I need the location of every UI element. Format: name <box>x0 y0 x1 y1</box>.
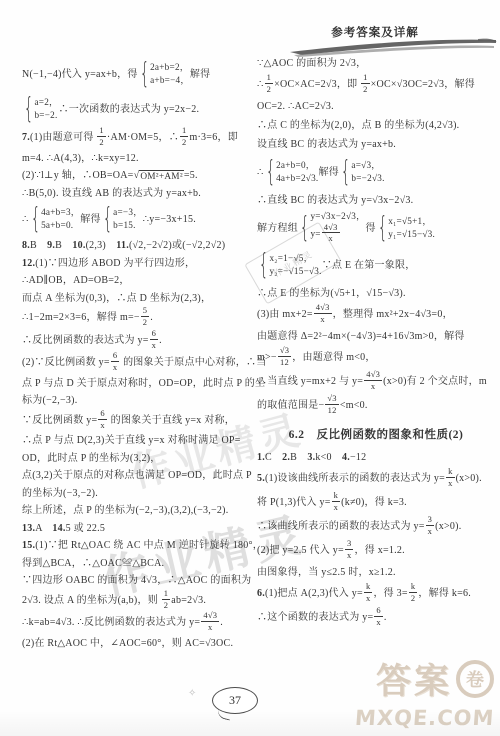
text-line: 15.(1)∵把 Rt△OAC 绕 AC 中点 M 逆时针旋转 180°， <box>22 537 254 555</box>
fraction: √312 <box>325 394 338 415</box>
text-line: ∴点 P 与点 D(2,3)关于直线 y=x 对称时满足 OP= <box>22 432 254 450</box>
text-line: 点(3,2)关于原点的对称点也满足 OP=OD，此时点 P <box>22 467 254 485</box>
equation-system: {2a+b=0，4a+b=2√3. <box>264 158 319 185</box>
text-line: 将 P(1,3)代入 y=kx(k≠0)，得 k=3. <box>257 491 495 515</box>
fraction: k2 <box>409 582 418 603</box>
problem-number: 13. <box>22 523 35 534</box>
text-line: OC=2. ∴AC=2√3. <box>257 97 495 116</box>
text-line: 解方程组{y=√3x−2√3，y=4√3x得{x₁=√5+1，y₁=√15−√3… <box>257 210 495 247</box>
fraction: kx <box>446 467 455 488</box>
brace-icon: { <box>341 158 351 186</box>
fraction: 12 <box>97 126 106 147</box>
text-line: ∴{2a+b=0，4a+b=2√3.解得{a=√3，b=−2√3. <box>257 154 495 191</box>
brace-icon: { <box>24 95 34 123</box>
fraction: 3x <box>426 515 435 536</box>
text-line: 13.A 14.5 或 22.5 <box>22 520 254 538</box>
text-line: 的取值范围是−√312<m<0. <box>257 394 495 418</box>
brace-icon: { <box>103 205 113 233</box>
text-line: (2)在 Rt△AOC 中，∠AOC=60°，则 AC=√3OC. <box>22 635 254 653</box>
fraction: 3x <box>345 539 354 560</box>
problem-number: 11. <box>116 240 129 251</box>
fraction: 4√3x <box>314 303 332 324</box>
fraction: kx <box>332 491 341 512</box>
problem-number: 8. <box>22 240 30 251</box>
brand-circle-logo-icon: 卷 <box>456 660 494 698</box>
brand-watermark: 答案 卷 MXQE.COM <box>355 654 494 730</box>
right-text-column: ∵△AOC 的面积为 2√3，∴12×OC×AC=2√3，即 12×OC×√3O… <box>257 54 495 630</box>
text-line: ∵反比例函数 y=6x 的图象关于直线 y=x 对称， <box>22 410 254 433</box>
text-line: m>−√312，由题意得 m<0， <box>257 346 495 370</box>
equation-system: {4a+b=3，5a+b=0. <box>29 205 81 232</box>
text-line: 得到△BCA，∴△OAC≌△BCA. <box>22 555 254 573</box>
text-line: OD，此时点 P 的坐标为(3,2)， <box>22 450 254 468</box>
problem-number: 2. <box>282 452 290 463</box>
page-bubble-decoration-icon: ✧ <box>188 688 196 699</box>
text-line: ∴k=ab=4√3. ∴反比例函数的表达式为 y=4√3x. <box>22 612 254 635</box>
text-line: ∴{4a+b=3，5a+b=0.解得{a=−3，b=15.∴y=−3x+15. <box>22 202 254 237</box>
square-root: √OM²+AM² <box>134 170 184 182</box>
text-line: ∴AD∥OB，AD=OB=2， <box>22 272 254 290</box>
text-line: 1.C 2.B 3.k<0 4.−12 <box>257 448 495 467</box>
text-line: ∴12×OC×AC=2√3，即 12×OC×√3OC=2√3，解得 <box>257 73 495 97</box>
text-line: 由题意得 Δ=2²−4m×(−4√3)=4+16√3m>0，解得 <box>257 327 495 346</box>
text-line: {x₂=1−√5，y₂=−√15−√3.∵点 E 在第一象限， <box>257 247 495 284</box>
left-text-column: N(−1,−4)代入 y=ax+b，得{2a+b=2，a+b=−4，解得{a=2… <box>22 57 254 652</box>
text-line: m=4. ∴A(4,3)，∴k=xy=12. <box>22 150 254 168</box>
fraction: 6x <box>111 351 120 372</box>
fraction: √312 <box>278 346 291 367</box>
brace-icon: { <box>378 214 388 242</box>
problem-number: 15. <box>22 540 35 551</box>
text-line: (2)∵l⊥y 轴，∴OB=OA=√OM²+AM²=5. <box>22 167 254 185</box>
fraction: 12 <box>361 73 370 94</box>
equation-system: {a=−3，b=15. <box>101 205 143 232</box>
text-line: ∴反比例函数的表达式为 y=6x. <box>22 330 254 353</box>
brace-icon: { <box>266 158 276 186</box>
equation-system: {x₂=1−√5，y₂=−√15−√3. <box>257 251 322 278</box>
problem-number: 4. <box>342 452 350 463</box>
text-line: 2√3. 设点 A 的坐标为(a,b)，则 12ab=2√3. <box>22 590 254 613</box>
text-line: ∵△AOC 的面积为 2√3， <box>257 54 495 73</box>
text-line: 5.(1)设该曲线所表示的函数的表达式为 y=kx(x>0). <box>257 467 495 491</box>
text-line: N(−1,−4)代入 y=ax+b，得{2a+b=2，a+b=−4，解得 <box>22 57 254 92</box>
fraction: 4√3x <box>201 611 219 632</box>
brace-icon: { <box>259 251 269 279</box>
text-line: 标为(−2,−3). <box>22 392 254 410</box>
text-line: 12.(1)∵四边形 ABOD 为平行四边形， <box>22 255 254 273</box>
problem-number: 6. <box>257 588 265 599</box>
problem-number: 1. <box>257 452 265 463</box>
fraction: 6x <box>150 329 159 350</box>
text-line: 而点 A 坐标为(0,3)，∴点 D 坐标为(2,3)， <box>22 290 254 308</box>
brand-website: MXQE.COM <box>354 706 495 730</box>
fraction: 4√3x <box>322 223 340 244</box>
text-line: ∴点 E 的坐标为(√5+1，√15−√3). <box>257 284 495 303</box>
problem-number: 10. <box>72 240 85 251</box>
text-line: ∴1−2m=2×3=6，解得 m=−52. <box>22 307 254 330</box>
problem-number: 9. <box>47 240 55 251</box>
fraction: 4√3x <box>364 370 382 391</box>
fraction: 52 <box>141 306 150 327</box>
problem-number: 3. <box>307 452 315 463</box>
problem-number: 7. <box>22 132 30 143</box>
fraction: 6x <box>374 606 383 627</box>
text-line: ∵四边形 OABC 的面积为 4√3，∴△AOC 的面积为 <box>22 572 254 590</box>
brand-characters: 答案 <box>376 654 452 704</box>
text-line: {a=2，b=−2.∴一次函数的表达式为 y=2x−2. <box>22 92 254 127</box>
brace-icon: { <box>140 60 150 88</box>
section-heading: 6.2 反比例函数的图象和性质(2) <box>257 422 495 448</box>
brace-icon: { <box>300 214 310 242</box>
equation-system: {x₁=√5+1，y₁=√15−√3. <box>376 214 435 241</box>
text-line: ∴当直线 y=mx+2 与 y=4√3x(x>0)有 2 个交点时，m <box>257 370 495 394</box>
text-line: (3)由 mx+2=4√3x，整理得 mx²+2x−4√3=0， <box>257 303 495 327</box>
problem-number: 14. <box>52 523 65 534</box>
text-line: 7.(1)由题意可得 12·AM·OM=5，∴12m·3=6，即 <box>22 127 254 150</box>
fraction: 12 <box>162 589 171 610</box>
text-line: 综上所述，点 P 的坐标为(−2,−3),(3,2),(−3,−2). <box>22 502 254 520</box>
fraction: 6x <box>98 409 107 430</box>
brand-circle-character: 卷 <box>466 666 484 692</box>
brace-icon: { <box>31 205 41 233</box>
answer-book-page: 参考答案及详解 作业精灵 作业精灵 作业精灵 N(−1,−4)代入 y=ax+b… <box>0 0 500 736</box>
equation-system: {a=√3，b=−2√3. <box>339 158 385 185</box>
text-line: ∴点 C 的坐标为(2,0)，点 B 的坐标为(4,2√3). <box>257 116 495 135</box>
equation-system: {2a+b=2，a+b=−4， <box>138 60 190 87</box>
page-number-bubble: 37 <box>212 687 258 714</box>
text-line: (2)∵反比例函数 y=6x 的图象关于原点中心对称，∴当 <box>22 352 254 375</box>
fraction: 12 <box>180 126 189 147</box>
text-line: ∴该曲线所表示的函数的表达式为 y=3x(x>0). <box>257 515 495 539</box>
text-line: ∴直线 BC 的表达式为 y=√3x−2√3. <box>257 191 495 210</box>
text-line: 8.B 9.B 10.(2,3) 11.(√2,−2√2)或(−√2,2√2) <box>22 237 254 255</box>
text-line: 6.(1)把点 A(2,3)代入 y=kx，得 3=k2，解得 k=6. <box>257 582 495 606</box>
text-line: ∴B(5,0). 设直线 AB 的表达式为 y=ax+b. <box>22 185 254 203</box>
fraction: 12 <box>265 73 274 94</box>
text-line: (2)把 y=2.5 代入 y=3x，得 x=1.2. <box>257 539 495 563</box>
text-line: 的坐标为(−3,−2). <box>22 485 254 503</box>
page-number: 37 <box>229 693 241 708</box>
fraction: kx <box>364 582 373 603</box>
problem-number: 12. <box>22 258 35 269</box>
equation-system: {a=2，b=−2. <box>22 95 58 122</box>
text-line: ∴这个函数的表达式为 y=6x. <box>257 606 495 630</box>
text-line: 由图象得，当 y≤2.5 时，x≥1.2. <box>257 563 495 582</box>
problem-number: 5. <box>257 473 265 484</box>
equation-system: {y=√3x−2√3，y=4√3x <box>298 211 366 244</box>
text-line: 点 P 与点 D 关于原点对称时，OD=OP，此时点 P 的坐 <box>22 375 254 393</box>
text-line: 设直线 BC 的表达式为 y=ax+b. <box>257 135 495 154</box>
